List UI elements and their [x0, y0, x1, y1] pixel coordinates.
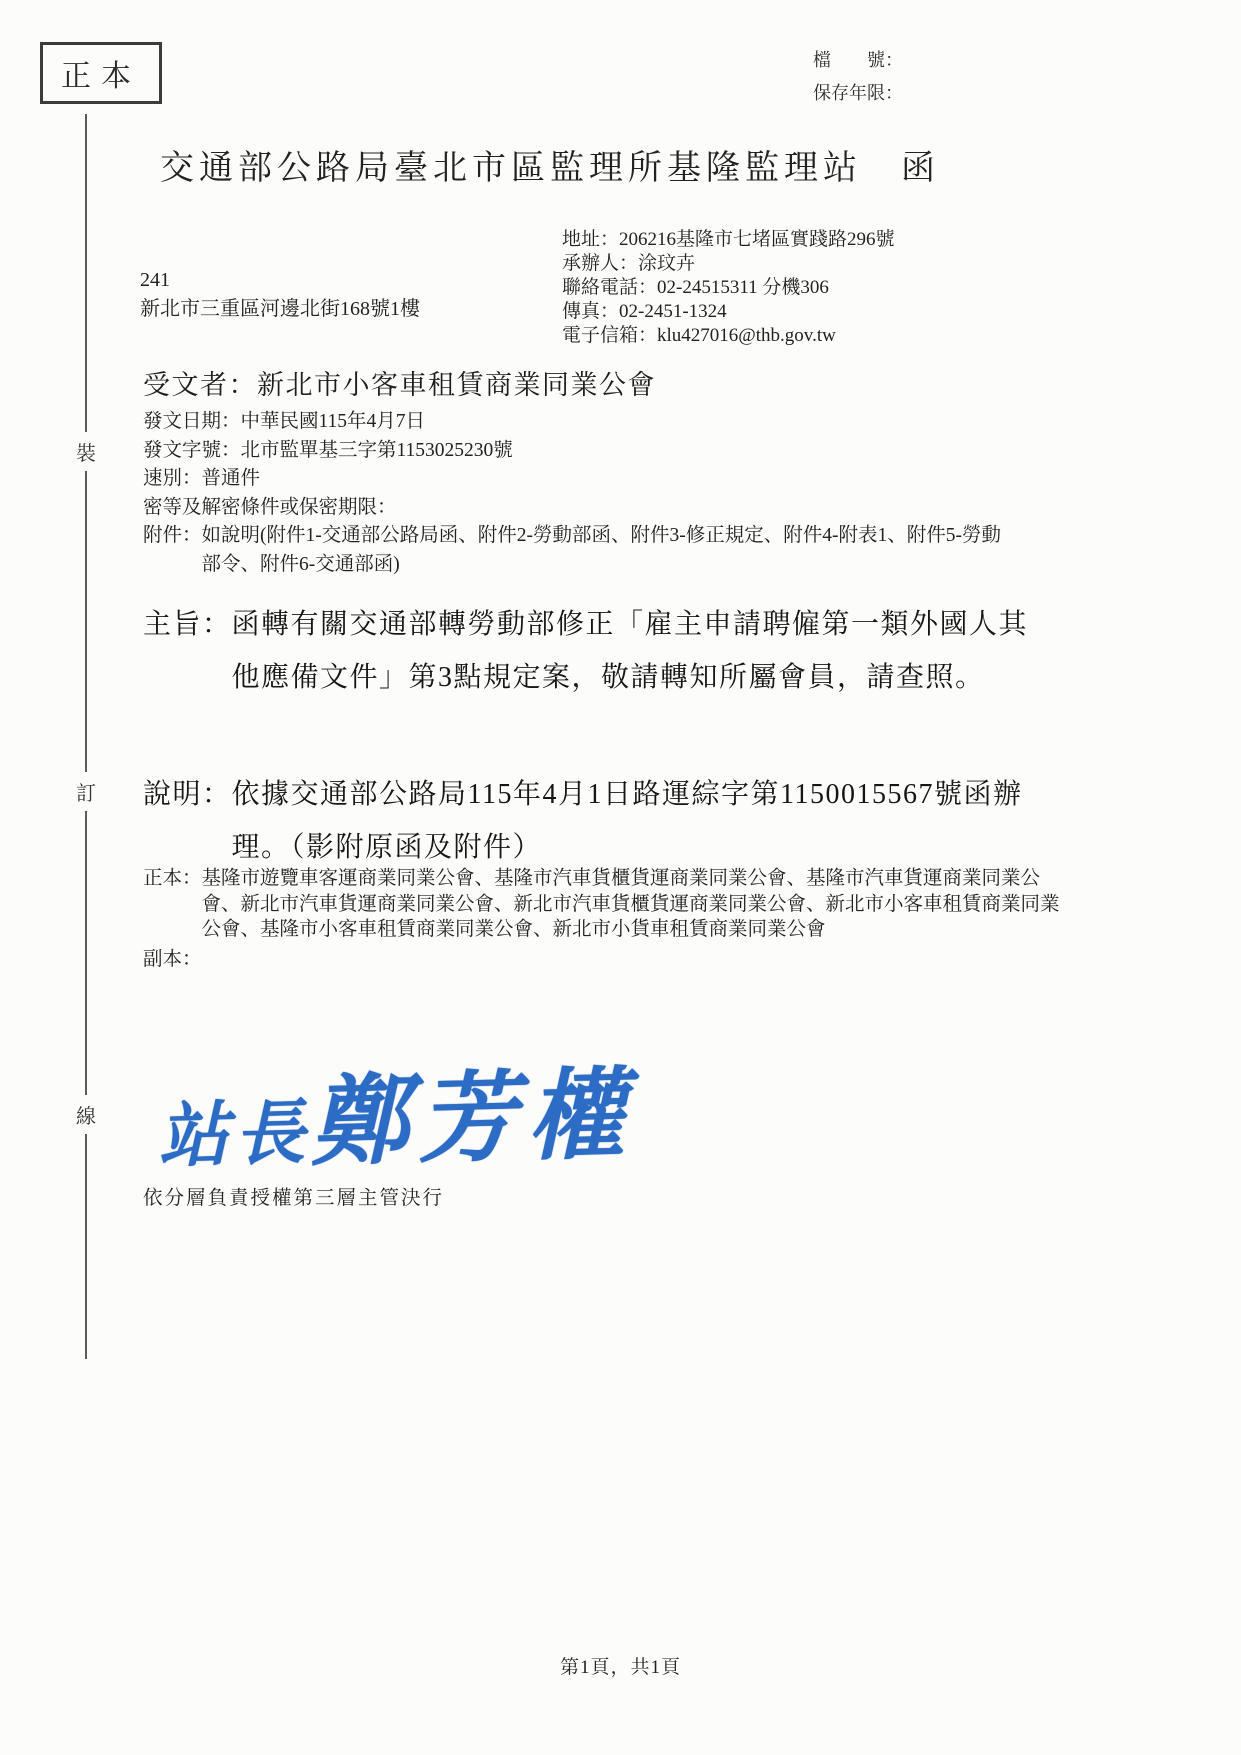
sender-phone: 聯絡電話：02-24515311 分機306: [562, 276, 895, 300]
binding-mark-ding: 訂: [73, 772, 99, 811]
distribution-section: 正本： 基隆市遊覽車客運商業同業公會、基隆市汽車貨櫃貨運商業同業公會、基隆市汽車…: [143, 866, 1073, 972]
recipient-postal-code: 241: [140, 266, 420, 295]
document-title: 交通部公路局臺北市區監理所基隆監理站 函: [0, 140, 1100, 189]
archive-labels: 檔 號： 保存年限：: [813, 44, 903, 110]
stamp-name-text: 鄭芳權: [309, 1062, 636, 1178]
file-number-label: 檔 號：: [813, 44, 903, 77]
description-label: 說明：: [143, 768, 232, 874]
issue-date: 發文日期：中華民國115年4月7日: [143, 408, 1103, 437]
sender-fax: 傳真：02-2451-1324: [562, 300, 895, 324]
stamp-title-text: 站長: [158, 1095, 312, 1176]
attachment-list: 如說明(附件1-交通部公路局函、附件2-勞動部函、附件3-修正規定、附件4-附表…: [202, 522, 1012, 579]
binding-margin-line: [85, 114, 87, 1359]
retention-period-label: 保存年限：: [813, 77, 903, 110]
original-recipients-list: 基隆市遊覽車客運商業同業公會、基隆市汽車貨櫃貨運商業同業公會、基隆市汽車貨運商業…: [202, 866, 1073, 943]
copy-type-stamp-box: 正本: [40, 42, 162, 104]
sender-officer: 承辦人：涂玟卉: [562, 252, 895, 276]
description-section: 說明： 依據交通部公路局115年4月1日路運綜字第1150015567號函辦理。…: [143, 768, 1033, 874]
sender-email: 電子信箱：klu427016@thb.gov.tw: [562, 324, 895, 348]
description-text: 依據交通部公路局115年4月1日路運綜字第1150015567號函辦理。（影附原…: [232, 768, 1033, 874]
sender-address: 地址：206216基隆市七堵區實踐路296號: [562, 228, 895, 252]
subject-section: 主旨： 函轉有關交通部轉勞動部修正「雇主申請聘僱第一類外國人其他應備文件」第3點…: [143, 598, 1033, 704]
binding-mark-zhuang: 裝: [73, 432, 99, 471]
sender-contact-block: 地址：206216基隆市七堵區實踐路296號 承辦人：涂玟卉 聯絡電話：02-2…: [562, 228, 895, 348]
recipient-street: 新北市三重區河邊北街168號1樓: [140, 295, 420, 324]
security-classification: 密等及解密條件或保密期限：: [143, 494, 1103, 523]
document-meta-block: 發文日期：中華民國115年4月7日 發文字號：北市監單基三字第115302523…: [143, 408, 1103, 579]
station-chief-signature-stamp: 站長鄭芳權: [156, 1036, 636, 1189]
copy-type-label: 正本: [61, 60, 141, 93]
copy-recipients-label: 副本：: [143, 947, 1073, 973]
document-number: 發文字號：北市監單基三字第1153025230號: [143, 437, 1103, 466]
subject-text: 函轉有關交通部轉勞動部修正「雇主申請聘僱第一類外國人其他應備文件」第3點規定案，…: [232, 598, 1033, 704]
subject-label: 主旨：: [143, 598, 232, 704]
attachment-label: 附件：: [143, 522, 202, 579]
binding-mark-xian: 線: [73, 1095, 99, 1134]
recipient-mailing-address: 241 新北市三重區河邊北街168號1樓: [140, 266, 420, 324]
original-recipients-label: 正本：: [143, 866, 202, 943]
page-number-footer: 第1頁，共1頁: [0, 1652, 1241, 1679]
recipient-line: 受文者：新北市小客車租賃商業同業公會: [143, 363, 656, 402]
priority: 速別：普通件: [143, 465, 1103, 494]
authorization-note: 依分層負責授權第三層主管決行: [143, 1182, 444, 1210]
attachment-row: 附件： 如說明(附件1-交通部公路局函、附件2-勞動部函、附件3-修正規定、附件…: [143, 522, 1103, 579]
official-letter-page: 正本 檔 號： 保存年限： 交通部公路局臺北市區監理所基隆監理站 函 地址：20…: [0, 0, 1241, 1755]
